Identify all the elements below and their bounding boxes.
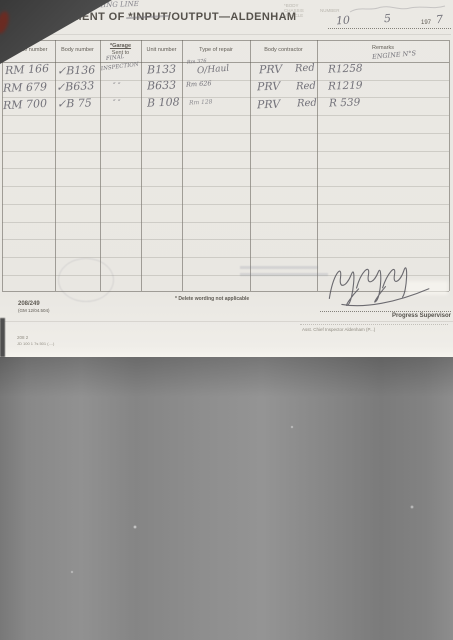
- bottom-print-1: 208 2: [17, 335, 28, 340]
- row2-engine-number: R1219: [328, 80, 363, 92]
- row3-garage-ditto: ″ ″: [113, 100, 120, 107]
- row2-repair-type: Rm 626: [186, 80, 212, 88]
- row1-garage-entry: INSPECTION: [101, 63, 139, 73]
- inspector-rule: [300, 324, 448, 325]
- row3-unit-number: B 108: [147, 96, 180, 108]
- table-right-border: [449, 40, 450, 291]
- form-number: 208/249: [18, 301, 40, 307]
- col-header-contractor: Body contractor: [250, 47, 317, 53]
- col-divider-2: [100, 40, 101, 291]
- row2-body-number: ✓B633: [56, 80, 95, 93]
- row-rule: [2, 151, 449, 152]
- row3-vehicle-number: RM 700: [3, 98, 48, 111]
- faint-circular-stamp: [58, 258, 114, 302]
- ref-box-vehicle-label: VEHICLE: [284, 13, 303, 18]
- scanned-document: FINISHING LINE STATEMENT OF *INPUT/OUTPU…: [0, 0, 453, 640]
- delete-wording-footnote: * Delete wording not applicable: [175, 296, 249, 302]
- signature: [320, 249, 440, 313]
- signatory-title: Progress Supervisor: [320, 313, 451, 319]
- ref-box-number-label: NUMBER: [320, 8, 340, 13]
- table-top-border: [2, 40, 449, 41]
- form-number-sub: (GM 12/04.504): [18, 308, 50, 313]
- col-header-garage: *Garage: [100, 43, 141, 49]
- row1-vehicle-number: RM 166: [5, 63, 50, 76]
- row-rule: [2, 133, 449, 134]
- row-rule: [2, 239, 449, 240]
- date-year-printed: 197: [421, 20, 431, 26]
- date-month: 5: [384, 13, 392, 24]
- form-title-part2: /OUTPUT—ALDENHAM: [168, 11, 297, 23]
- row1-colour: Red: [295, 63, 315, 74]
- row1-contractor: PRV: [259, 64, 283, 76]
- row-rule: [2, 204, 449, 205]
- col-header-unit: Unit number: [141, 47, 182, 53]
- row2-contractor: PRV: [257, 81, 281, 93]
- form-paper: FINISHING LINE STATEMENT OF *INPUT/OUTPU…: [0, 0, 453, 357]
- sheet-edge: [0, 321, 453, 322]
- col-divider-4: [182, 40, 183, 291]
- col-divider-3: [141, 40, 142, 291]
- row1-repair-type: O/Haul: [197, 65, 230, 77]
- row-rule: [2, 168, 449, 169]
- inspector-line: Asst. Chief Inspector Aldenham (P...): [302, 327, 375, 332]
- row2-unit-number: B633: [147, 79, 176, 91]
- col-header-remarks: Remarks: [317, 45, 449, 51]
- folded-corner: [0, 0, 112, 64]
- row3-repair-type: Rm 128: [189, 99, 213, 106]
- col-header-body: Body number: [55, 47, 100, 53]
- col-divider-6: [317, 40, 318, 291]
- row3-colour: Red: [297, 99, 317, 110]
- scanner-background: [0, 357, 453, 640]
- row1-engine-number: R1258: [328, 63, 363, 75]
- row-rule: [2, 115, 449, 116]
- col-divider-1: [55, 40, 56, 291]
- faint-stamp-text-line: [240, 266, 318, 269]
- bottom-print-2: JD 100 1 7s 501 (....): [17, 341, 54, 346]
- row3-body-number: ✓B 75: [57, 97, 92, 109]
- form-title-struck-word: *INPUT: [128, 11, 168, 23]
- row2-vehicle-number: RM 679: [3, 81, 47, 94]
- signature-rule: [320, 311, 451, 312]
- col-header-repair: Type of repair: [182, 47, 250, 53]
- col-divider-5: [250, 40, 251, 291]
- row2-garage-ditto: ″ ″: [113, 83, 120, 90]
- scan-edge-shadow: [0, 318, 5, 357]
- date-year-digit: 7: [436, 14, 444, 25]
- top-rule: [2, 34, 451, 35]
- row3-contractor: PRV: [257, 99, 281, 111]
- row2-colour: Red: [296, 82, 316, 93]
- scanner-background-shade: [0, 357, 453, 397]
- row-rule: [2, 186, 449, 187]
- row1-body-number: ✓B136: [57, 64, 96, 76]
- faint-stamp-text-line: [240, 273, 328, 276]
- remarks-note-engine-nos: ENGINE N°S: [372, 50, 416, 60]
- row1-unit-number: B133: [147, 63, 176, 75]
- table-left-border: [2, 40, 3, 291]
- row3-engine-number: R 539: [329, 97, 361, 109]
- pencil-scribble: [348, 2, 448, 16]
- date-day: 10: [336, 15, 351, 27]
- row-rule: [2, 222, 449, 223]
- date-rule: [328, 28, 451, 29]
